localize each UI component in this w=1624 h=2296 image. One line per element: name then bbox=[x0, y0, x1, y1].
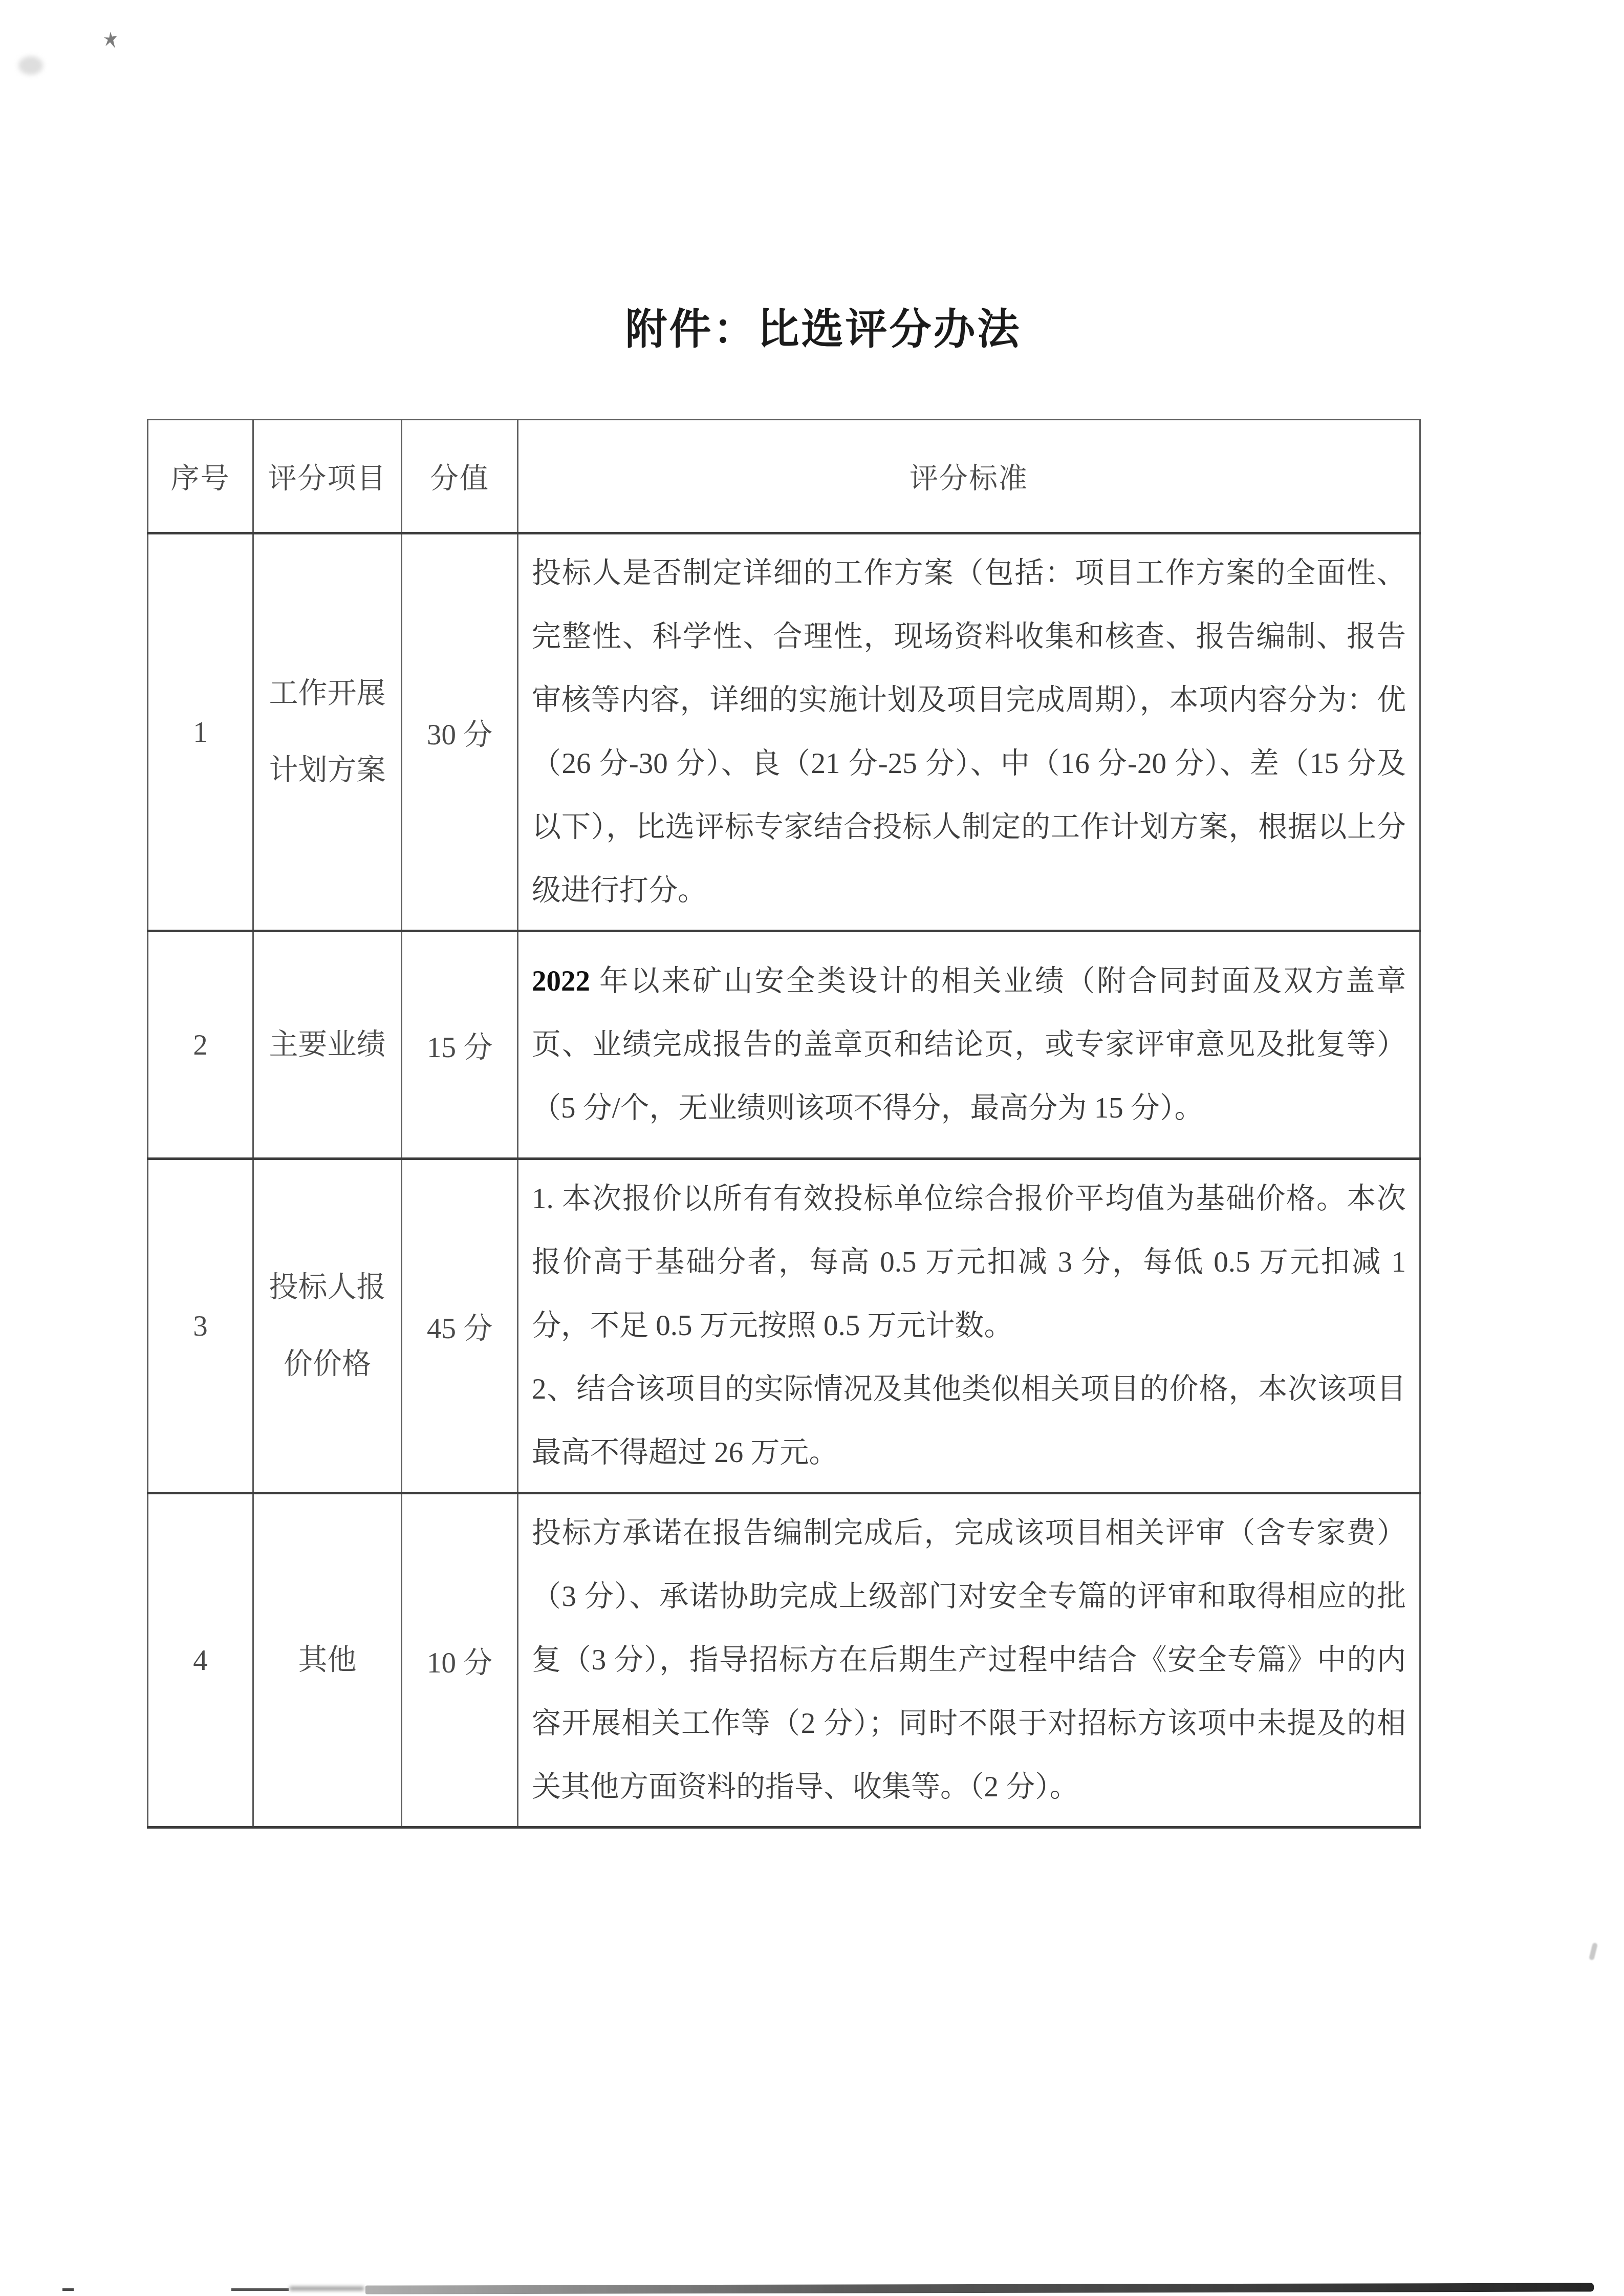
serial-number-cell: 3 bbox=[148, 1159, 253, 1493]
scoring-item-line: 工作开展 bbox=[254, 655, 401, 732]
criteria-paragraph: 1. 本次报价以所有有效投标单位综合报价平均值为基础价格。本次报价高于基础分者，… bbox=[532, 1167, 1406, 1358]
scoring-item-line: 价价格 bbox=[254, 1326, 401, 1403]
scoring-item-cell: 工作开展 计划方案 bbox=[253, 533, 402, 931]
scan-edge-artifact bbox=[231, 2288, 289, 2291]
table-row: 3 投标人报 价价格 45 分 1. 本次报价以所有有效投标单位综合报价平均值为… bbox=[148, 1159, 1420, 1493]
scan-edge-artifact bbox=[365, 2283, 1594, 2294]
scoring-criteria-cell: 投标人是否制定详细的工作方案（包括：项目工作方案的全面性、完整性、科学性、合理性… bbox=[518, 533, 1420, 931]
document-page: 附件：比选评分办法 序号 评分项目 分值 评分标准 1 工作开展 计划方案 30… bbox=[0, 0, 1624, 2296]
serial-number-cell: 2 bbox=[148, 931, 253, 1159]
scoring-criteria-cell: 2022 年以来矿山安全类设计的相关业绩（附合同封面及双方盖章页、业绩完成报告的… bbox=[518, 931, 1420, 1159]
criteria-text: 年以来矿山安全类设计的相关业绩（附合同封面及双方盖章页、业绩完成报告的盖章页和结… bbox=[532, 965, 1406, 1124]
score-value-cell: 15 分 bbox=[402, 931, 518, 1159]
header-score-value: 分值 bbox=[402, 420, 518, 533]
criteria-paragraph: 2、结合该项目的实际情况及其他类似相关项目的价格，本次该项目最高不得超过 26 … bbox=[532, 1358, 1406, 1485]
table-row: 4 其他 10 分 投标方承诺在报告编制完成后，完成该项目相关评审（含专家费）（… bbox=[148, 1493, 1420, 1828]
score-value-cell: 30 分 bbox=[402, 533, 518, 931]
scoring-criteria-cell: 1. 本次报价以所有有效投标单位综合报价平均值为基础价格。本次报价高于基础分者，… bbox=[518, 1159, 1420, 1493]
header-scoring-item: 评分项目 bbox=[253, 420, 402, 533]
scan-edge-artifact bbox=[62, 2288, 74, 2291]
criteria-paragraph: 2022 年以来矿山安全类设计的相关业绩（附合同封面及双方盖章页、业绩完成报告的… bbox=[532, 950, 1406, 1140]
scoring-item-line: 计划方案 bbox=[254, 732, 401, 809]
scoring-item-line: 投标人报 bbox=[254, 1249, 401, 1326]
header-scoring-criteria: 评分标准 bbox=[518, 420, 1420, 533]
page-title: 附件：比选评分办法 bbox=[11, 296, 1624, 356]
serial-number-cell: 1 bbox=[148, 533, 253, 931]
score-value-cell: 10 分 bbox=[402, 1493, 518, 1828]
scoring-item-cell: 其他 bbox=[253, 1493, 402, 1828]
scoring-criteria-cell: 投标方承诺在报告编制完成后，完成该项目相关评审（含专家费）（3 分）、承诺协助完… bbox=[518, 1493, 1420, 1828]
score-value-cell: 45 分 bbox=[402, 1159, 518, 1493]
scan-edge-artifact bbox=[290, 2286, 364, 2291]
criteria-paragraph: 投标方承诺在报告编制完成后，完成该项目相关评审（含专家费）（3 分）、承诺协助完… bbox=[532, 1501, 1406, 1819]
scoring-item-line: 其他 bbox=[254, 1622, 401, 1699]
table-header-row: 序号 评分项目 分值 评分标准 bbox=[148, 420, 1420, 533]
scoring-item-cell: 主要业绩 bbox=[253, 931, 402, 1159]
scan-artifact-faint-mark bbox=[1589, 1942, 1598, 1960]
table-row: 1 工作开展 计划方案 30 分 投标人是否制定详细的工作方案（包括：项目工作方… bbox=[148, 533, 1420, 931]
scoring-table: 序号 评分项目 分值 评分标准 1 工作开展 计划方案 30 分 投标人是否制定… bbox=[147, 419, 1421, 1829]
criteria-paragraph: 投标人是否制定详细的工作方案（包括：项目工作方案的全面性、完整性、科学性、合理性… bbox=[532, 542, 1406, 922]
scan-artifact-smudge bbox=[18, 56, 43, 75]
header-serial-number: 序号 bbox=[148, 420, 253, 533]
scoring-item-line: 主要业绩 bbox=[254, 1006, 401, 1083]
scan-artifact-speck bbox=[104, 32, 117, 48]
table-row: 2 主要业绩 15 分 2022 年以来矿山安全类设计的相关业绩（附合同封面及双… bbox=[148, 931, 1420, 1159]
serial-number-cell: 4 bbox=[148, 1493, 253, 1828]
criteria-bold-year: 2022 bbox=[532, 965, 590, 997]
scoring-item-cell: 投标人报 价价格 bbox=[253, 1159, 402, 1493]
